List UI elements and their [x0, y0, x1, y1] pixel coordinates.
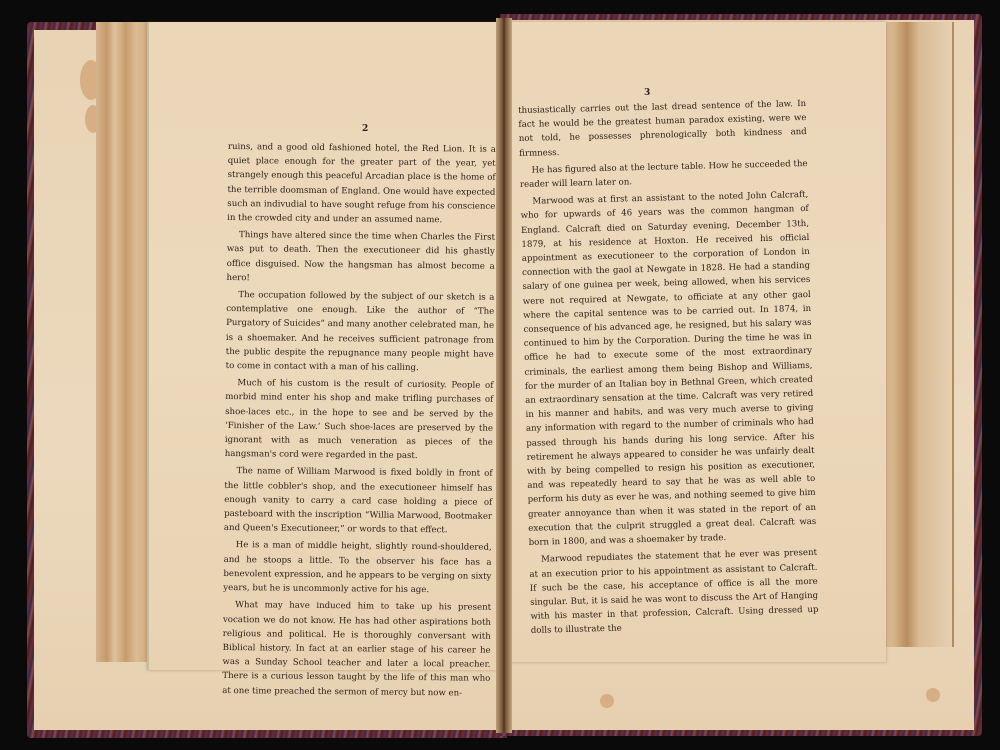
paragraph: ruins, and a good old fashioned hotel, t…	[227, 140, 496, 228]
paragraph: He is a man of middle height, slightly r…	[223, 538, 492, 598]
right-page-text: thusiastically carries out the last drea…	[518, 97, 819, 641]
paragraph: The occupation followed by the subject o…	[226, 288, 495, 376]
paragraph: Marwood was at first an assistant to the…	[520, 188, 817, 550]
paragraph: What may have induced him to take up his…	[222, 598, 491, 700]
paragraph: Things have altered since the time when …	[226, 228, 495, 288]
page-stack-left	[96, 22, 152, 662]
paragraph: He has figured also at the lecture table…	[519, 157, 808, 192]
paragraph: Much of his custom is the result of curi…	[225, 376, 494, 464]
foxing-stain	[926, 688, 940, 702]
foxing-stain	[600, 694, 614, 708]
paragraph: The name of William Marwood is fixed bol…	[224, 464, 493, 538]
paragraph: Marwood repudiates the statement that he…	[529, 546, 819, 638]
book-gutter	[496, 18, 512, 733]
left-page-text: ruins, and a good old fashioned hotel, t…	[222, 140, 496, 703]
left-page-number: 2	[362, 124, 368, 134]
right-page-number: 3	[644, 88, 650, 98]
paragraph: thusiastically carries out the last drea…	[518, 97, 807, 161]
